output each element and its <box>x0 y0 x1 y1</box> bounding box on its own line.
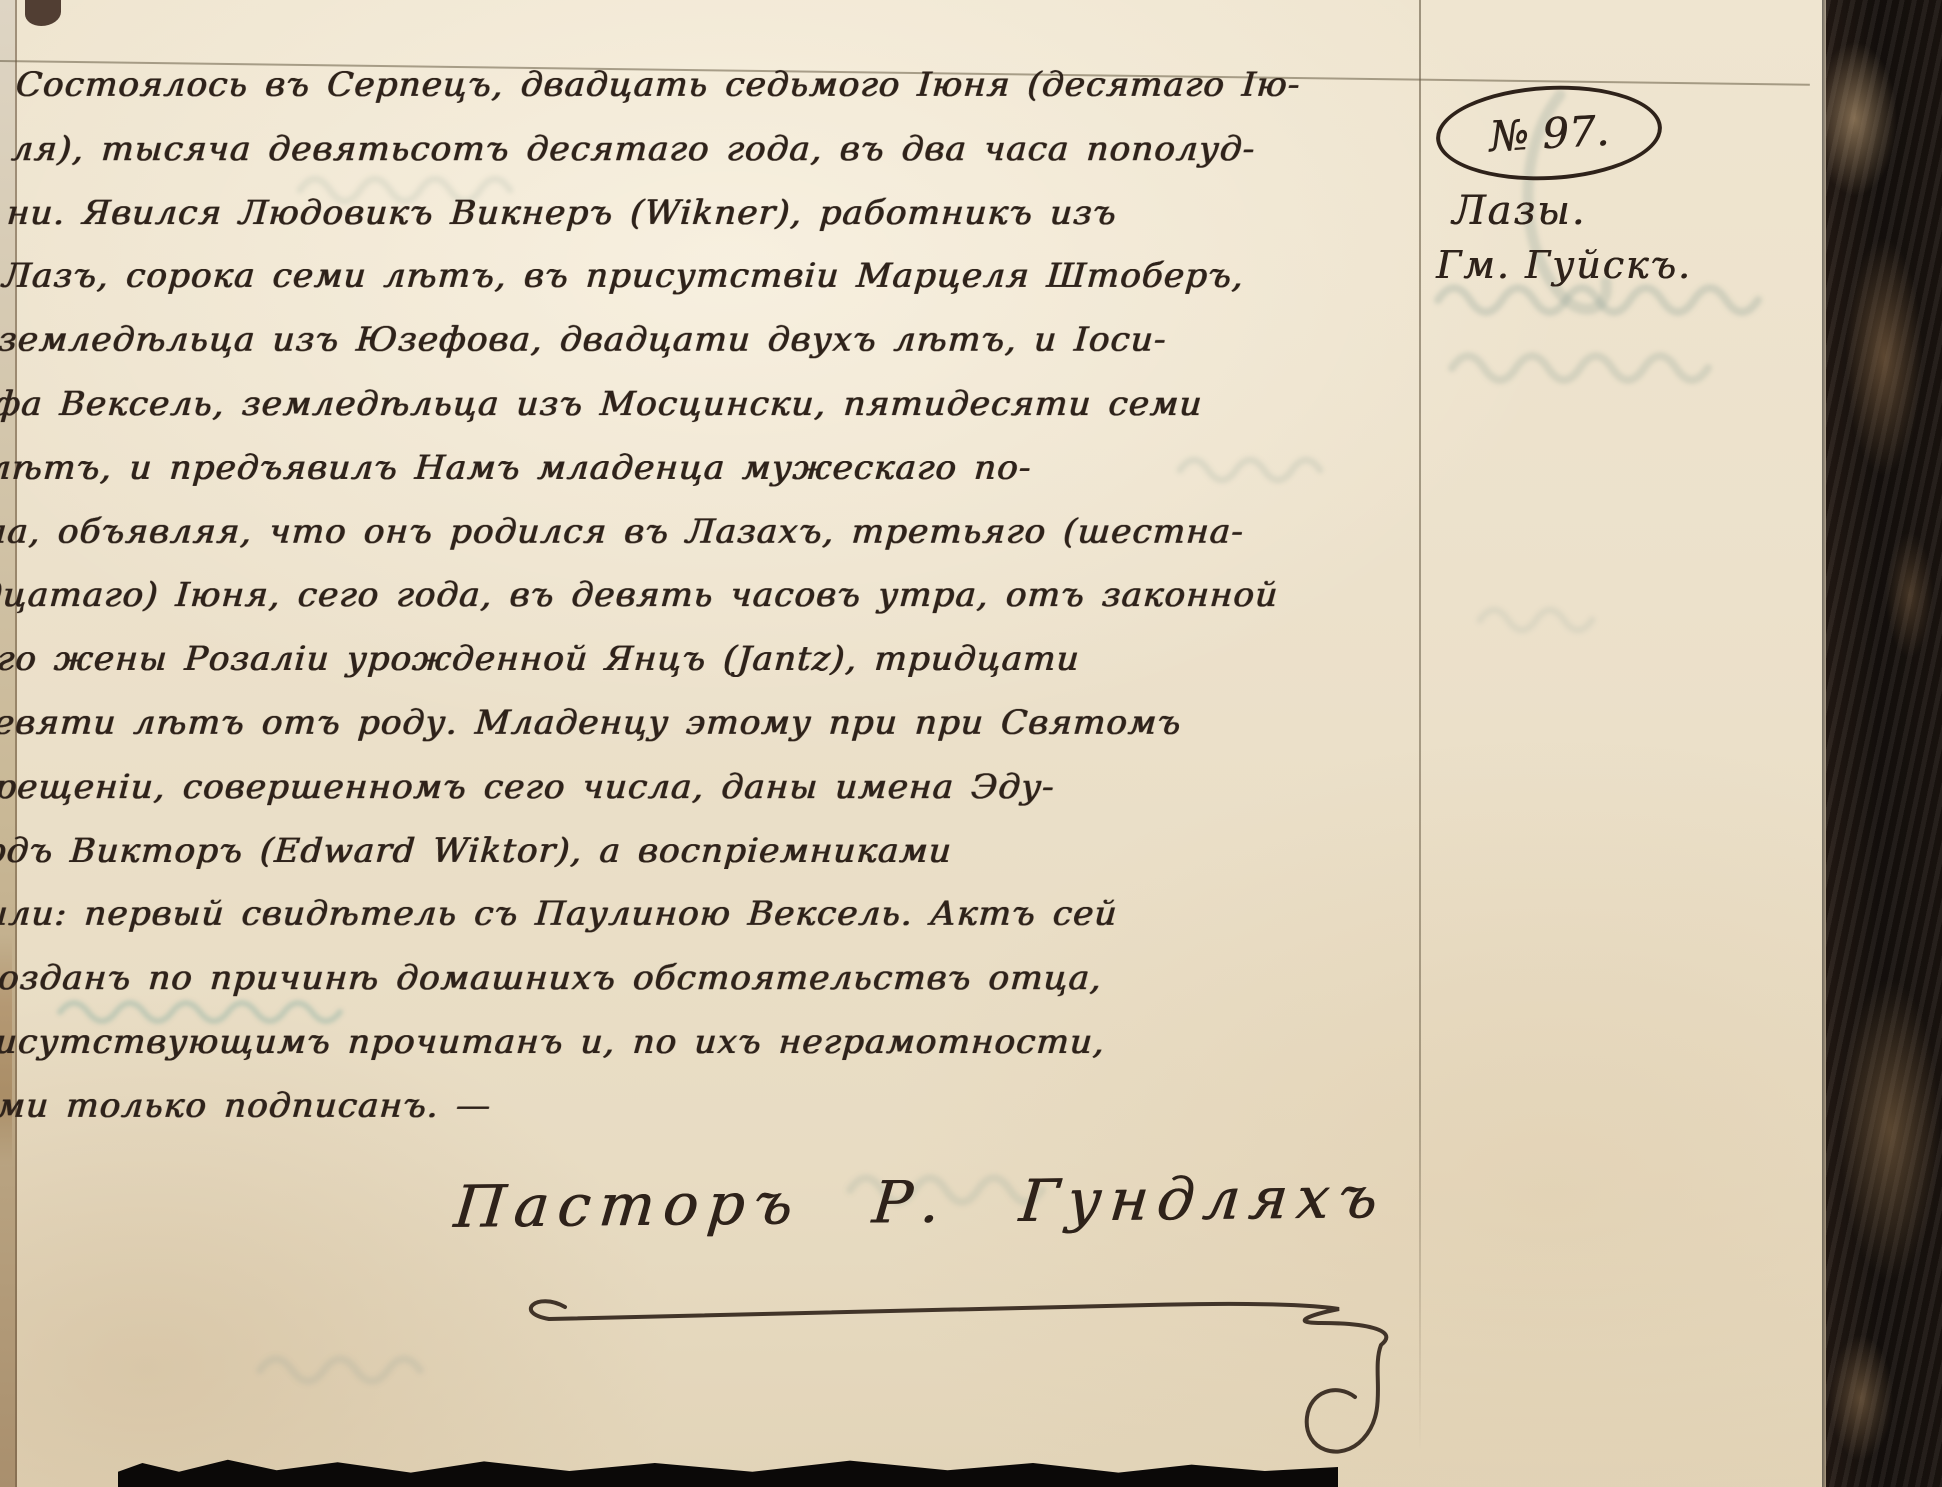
manuscript-line: ни. Явился Людовикъ Викнеръ (Wikner), ра… <box>5 182 1174 246</box>
ruled-line-vertical <box>1419 0 1421 1450</box>
scanned-register-page: Состоялось въ Серпецъ, двадцать седьмого… <box>0 0 1942 1487</box>
manuscript-line: Крещеніи, совершенномъ сего числа, даны … <box>0 756 1134 820</box>
manuscript-line: дцатаго) Іюня, сего года, въ девять часо… <box>0 564 1147 628</box>
manuscript-line: его жены Розаліи урожденной Янцъ (Jantz)… <box>0 628 1143 692</box>
record-text: Состоялось въ Серпецъ, двадцать седьмого… <box>0 54 1183 1139</box>
manuscript-line: Состоялось въ Серпецъ, двадцать седьмого… <box>14 54 1183 118</box>
manuscript-line: ардъ Викторъ (Edward Wiktor), а воспріем… <box>0 820 1129 884</box>
manuscript-line: ля), тысяча девятьсотъ десятаго года, въ… <box>9 118 1178 182</box>
manuscript-line: лѣтъ, и предъявилъ Намъ младенца мужеска… <box>0 437 1156 501</box>
page-edge-stack <box>1780 0 1826 1487</box>
manuscript-line: Нами только подписанъ. — <box>0 1075 1112 1139</box>
manuscript-line: Лазъ, сорока семи лѣтъ, въ присутствіи М… <box>0 245 1169 309</box>
manuscript-line: земледѣльца изъ Юзефова, двадцати двухъ … <box>0 309 1165 373</box>
manuscript-line: были: первый свидѣтель съ Паулиною Вексе… <box>0 883 1125 947</box>
book-binding <box>1826 0 1942 1487</box>
manuscript-line: опозданъ по причинѣ домашнихъ обстоятель… <box>0 947 1121 1011</box>
manuscript-line: присутствующимъ прочитанъ и, по ихъ негр… <box>0 1011 1116 1075</box>
margin-gmina: Гм. Гуйскъ. <box>1436 243 1692 287</box>
pastor-signature: Пасторъ Р. Гундляхъ <box>451 1163 1389 1241</box>
manuscript-line: фа Вексель, земледѣльца изъ Мосцински, п… <box>0 373 1161 437</box>
manuscript-line: ла, объявляя, что онъ родился въ Лазахъ,… <box>0 501 1152 565</box>
record-number: № 97. <box>1488 105 1610 160</box>
manuscript-line: девяти лѣтъ отъ роду. Младенцу этому при… <box>0 692 1138 756</box>
margin-place: Лазы. <box>1452 188 1586 234</box>
